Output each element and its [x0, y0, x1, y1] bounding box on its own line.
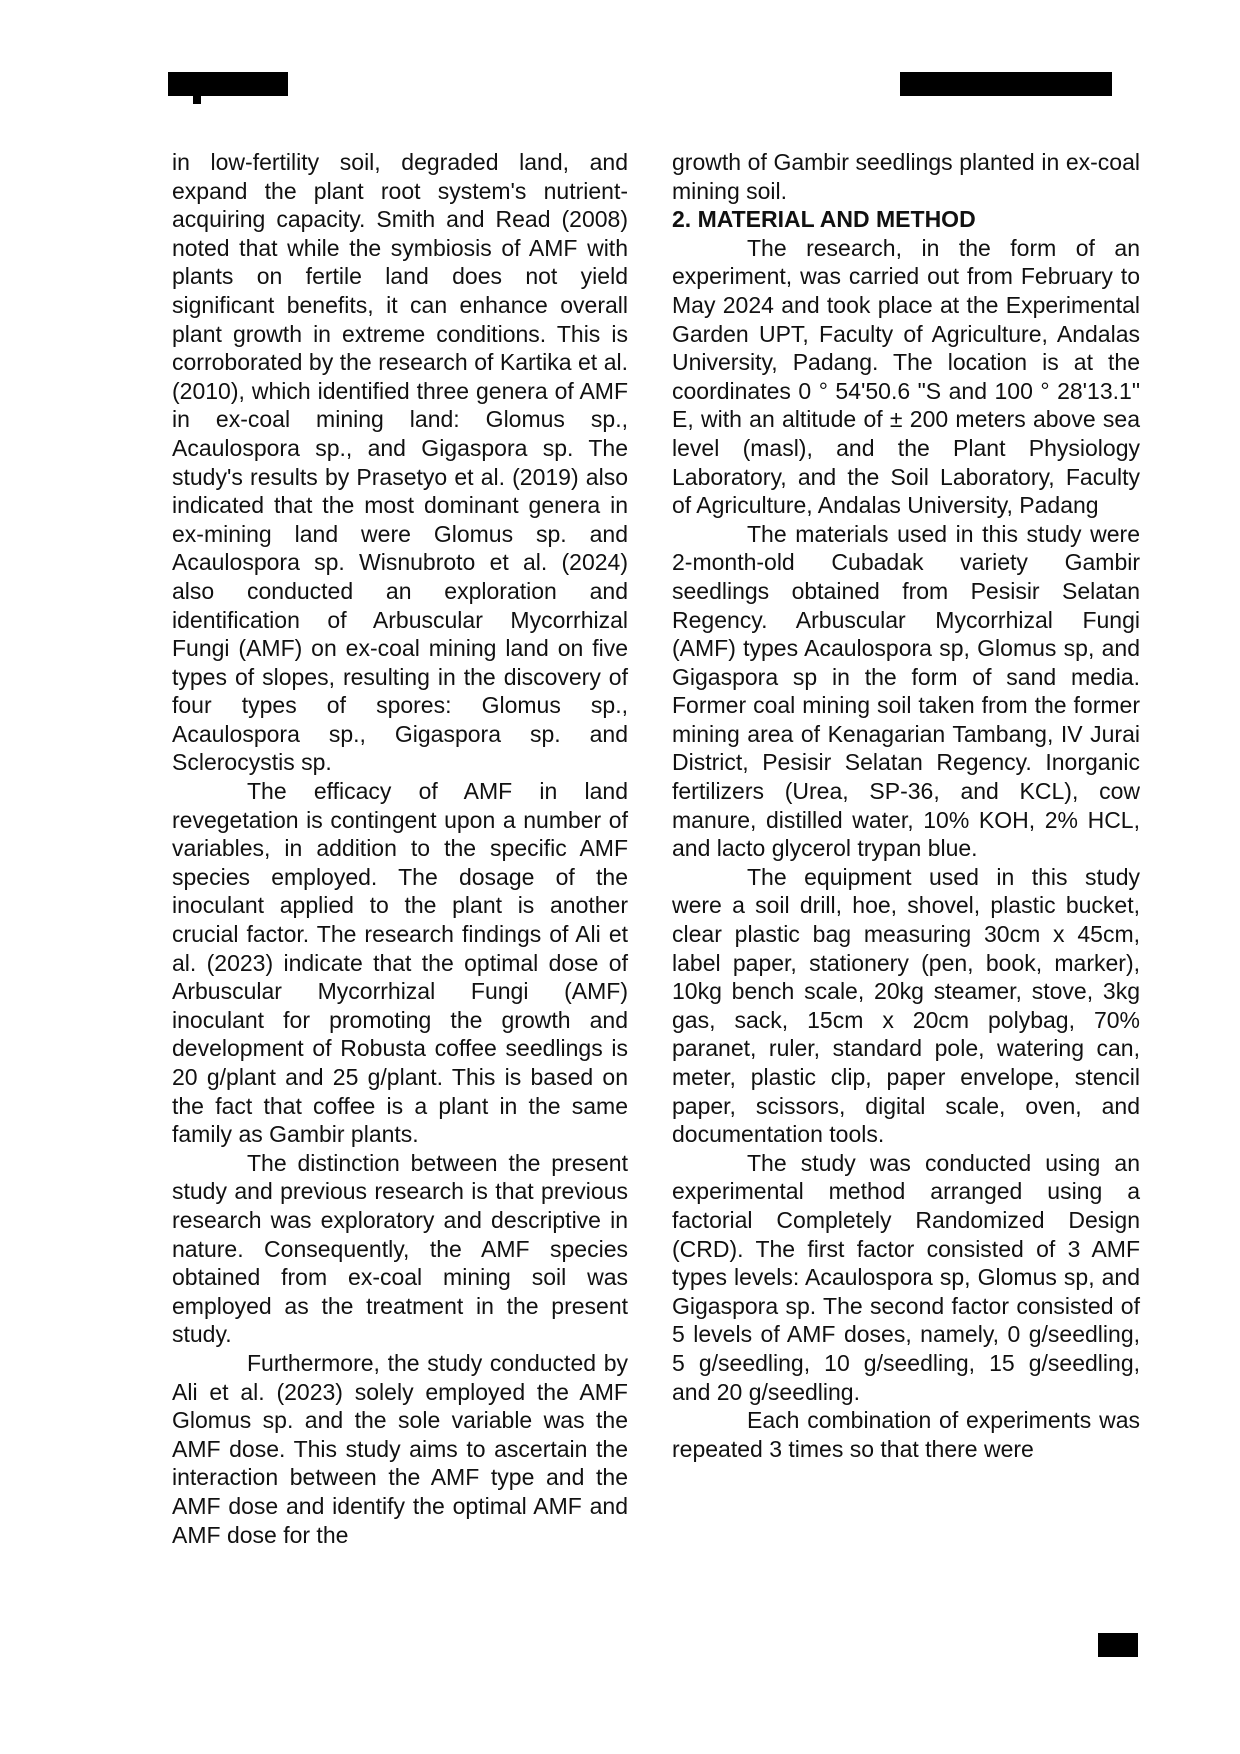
paragraph: The research, in the form of an experime…: [672, 234, 1140, 520]
journal-name-redacted: [168, 72, 288, 96]
paragraph: The study was conducted using an experim…: [672, 1149, 1140, 1406]
journal-details-redacted: [900, 72, 1112, 96]
paragraph: Furthermore, the study conducted by Ali …: [172, 1349, 628, 1549]
paragraph: in low-fertility soil, degraded land, an…: [172, 148, 628, 777]
paragraph: The materials used in this study were 2-…: [672, 520, 1140, 863]
paragraph: The equipment used in this study were a …: [672, 863, 1140, 1149]
paragraph: The efficacy of AMF in land revegetation…: [172, 777, 628, 1149]
left-column: in low-fertility soil, degraded land, an…: [172, 148, 628, 1549]
paragraph: Each combination of experiments was repe…: [672, 1406, 1140, 1463]
paragraph-continuation: growth of Gambir seedlings planted in ex…: [672, 148, 1140, 205]
section-heading: 2. MATERIAL AND METHOD: [672, 205, 1140, 234]
paragraph: The distinction between the present stud…: [172, 1149, 628, 1349]
page-number-redacted: [1098, 1633, 1138, 1657]
journal-name-redacted-descender: [193, 96, 201, 104]
right-column: growth of Gambir seedlings planted in ex…: [672, 148, 1140, 1463]
